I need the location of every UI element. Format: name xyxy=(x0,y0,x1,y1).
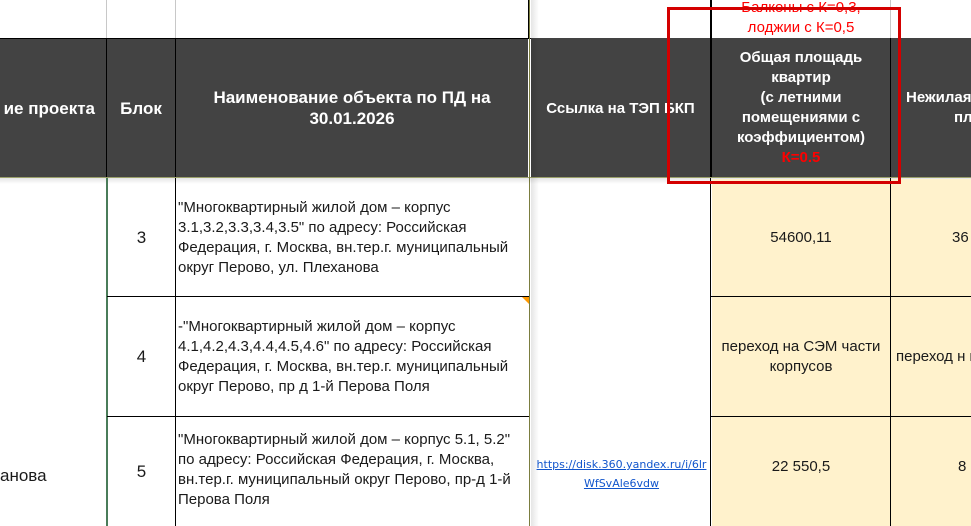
block-cell[interactable]: 3 xyxy=(108,179,175,296)
object-name-cell[interactable]: "Многоквартирный жилой дом – корпус 5.1,… xyxy=(178,417,528,526)
header-tep-link[interactable]: Ссылка на ТЭП БКП xyxy=(531,38,710,178)
cell-border xyxy=(710,416,971,417)
nonresidential-area-cell[interactable]: 8 xyxy=(891,417,971,526)
header-line: (с летними xyxy=(761,88,842,108)
header-object-name[interactable]: Наименование объекта по ПД на 30.01.2026 xyxy=(176,38,528,178)
cell-text: 8 xyxy=(958,457,966,477)
gridline xyxy=(106,0,107,38)
header-total-apartment-area[interactable]: Общая площадь квартир (с летними помещен… xyxy=(712,38,890,178)
header-label: Блок xyxy=(120,98,162,119)
block-cell[interactable]: 4 xyxy=(108,297,175,416)
header-line: Нежилая xyxy=(906,88,971,108)
cell-text: 36 xyxy=(952,228,969,248)
cell-text: 4 xyxy=(137,347,146,367)
object-name-cell[interactable]: "Многоквартирный жилой дом – корпус 3.1,… xyxy=(178,179,528,296)
header-label: ие проекта xyxy=(4,98,95,119)
balcony-coefficient-note[interactable]: Балконы с К=0,3, лоджии с К=0,5 xyxy=(712,0,890,38)
cell-border xyxy=(175,38,176,178)
total-area-cell[interactable]: 54600,11 xyxy=(712,179,890,296)
header-line: квартир xyxy=(771,68,831,88)
gridline xyxy=(175,0,176,38)
freeze-shadow xyxy=(531,0,539,526)
cell-text: 22 550,5 xyxy=(772,457,830,477)
cell-border xyxy=(710,178,711,526)
header-project-name[interactable]: ие проекта xyxy=(0,38,106,178)
cell-border xyxy=(107,416,529,417)
cell-border xyxy=(0,38,531,39)
gridline xyxy=(890,0,891,38)
note-line-2: лоджии с К=0,5 xyxy=(712,18,890,38)
header-line: коэффициентом) xyxy=(737,128,865,148)
comment-indicator-icon[interactable] xyxy=(522,297,529,304)
cell-text: переход н кор xyxy=(896,347,971,367)
header-line: пло xyxy=(906,108,971,128)
cell-text: "Многоквартирный жилой дом – корпус 3.1,… xyxy=(178,198,528,278)
nonresidential-area-cell[interactable]: переход н кор xyxy=(891,297,971,416)
header-label: Ссылка на ТЭП БКП xyxy=(546,98,694,119)
cell-border xyxy=(710,296,971,297)
total-area-cell[interactable]: переход на СЭМ части корпусов xyxy=(712,297,890,416)
project-name-cell[interactable]: анова xyxy=(0,466,106,488)
cell-border xyxy=(890,178,891,526)
cell-text: 3 xyxy=(137,228,146,248)
header-block[interactable]: Блок xyxy=(107,38,175,178)
cell-border xyxy=(107,296,529,297)
cell-text: переход на СЭМ части корпусов xyxy=(712,337,890,377)
cell-text: -"Многоквартирный жилой дом – корпус 4.1… xyxy=(178,317,528,397)
cell-text: 5 xyxy=(137,462,146,482)
tep-link[interactable]: https://disk.360.yandex.ru/i/6lr WfSvAle… xyxy=(533,455,710,497)
cell-border xyxy=(106,38,107,178)
cell-border xyxy=(175,178,176,526)
cell-border xyxy=(890,38,891,178)
spreadsheet-grid: Балконы с К=0,3, лоджии с К=0,5 ие проек… xyxy=(0,0,971,526)
link-text[interactable]: WfSvAle6vdw xyxy=(584,474,659,493)
note-line-1: Балконы с К=0,3, xyxy=(712,0,890,18)
header-line: помещениями с xyxy=(742,108,860,128)
link-text[interactable]: https://disk.360.yandex.ru/i/6lr xyxy=(537,455,707,474)
header-nonresidential-area[interactable]: Нежилая пло xyxy=(891,38,971,178)
header-label: Наименование объекта по ПД на 30.01.2026 xyxy=(198,87,506,129)
cell-text: 54600,11 xyxy=(770,228,831,248)
cell-border xyxy=(710,38,712,178)
cell-text: анова xyxy=(0,466,47,485)
nonresidential-area-cell[interactable]: 36 xyxy=(891,179,971,296)
block-cell[interactable]: 5 xyxy=(108,417,175,526)
header-line: Общая площадь xyxy=(740,48,863,68)
freeze-column-divider xyxy=(529,0,530,526)
cell-text: "Многоквартирный жилой дом – корпус 5.1,… xyxy=(178,430,528,510)
coefficient-label: К=0.5 xyxy=(782,148,821,168)
total-area-cell[interactable]: 22 550,5 xyxy=(712,417,890,526)
object-name-cell[interactable]: -"Многоквартирный жилой дом – корпус 4.1… xyxy=(178,297,528,416)
